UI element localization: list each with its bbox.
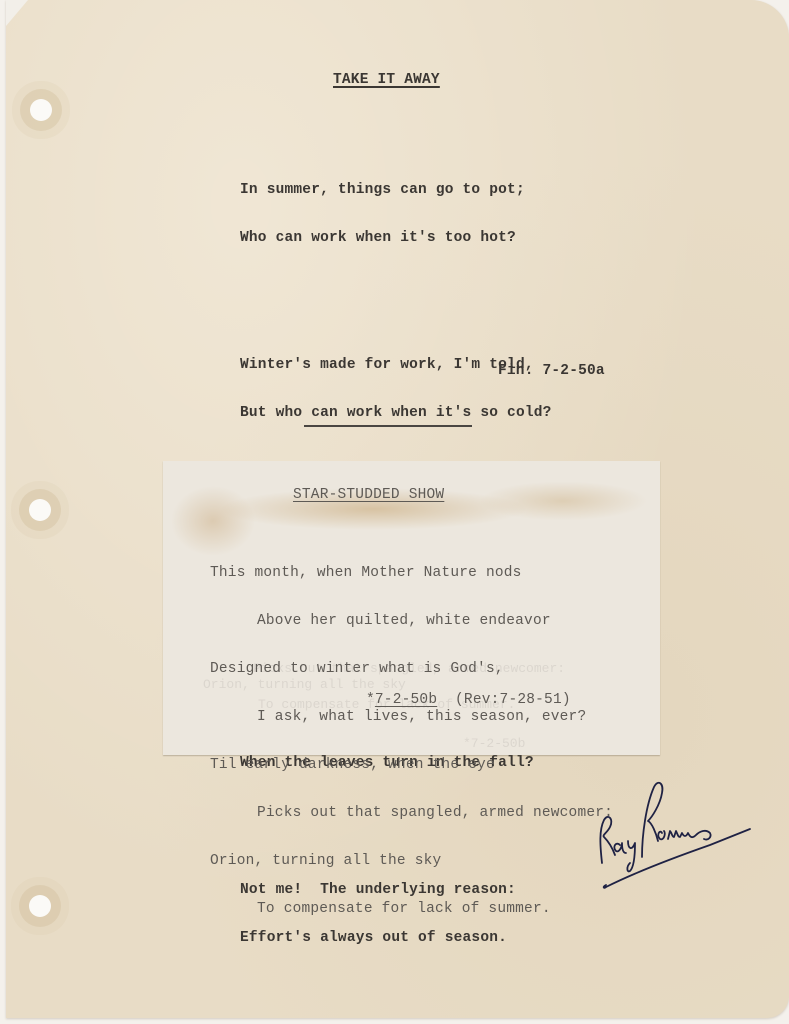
poem-line: This month, when Mother Nature nods xyxy=(210,565,613,581)
poem-line: To compensate for lack of summer. xyxy=(210,901,613,917)
punch-hole-top xyxy=(30,99,52,121)
poem-line: In summer, things can go to pot; xyxy=(240,182,552,198)
signature-icon xyxy=(590,775,760,895)
poem-date-code: Fin. 7-2-50a xyxy=(498,363,605,379)
stanza: In summer, things can go to pot; Who can… xyxy=(240,150,552,278)
folded-corner xyxy=(6,0,28,26)
revision-note: (Rev:7-28-51) xyxy=(455,692,571,708)
poem-line: Who can work when it's too hot? xyxy=(240,230,552,246)
poem-line: Orion, turning all the sky xyxy=(210,853,613,869)
code-value: 7-2-50b xyxy=(375,692,437,708)
poem-title: STAR-STUDDED SHOW xyxy=(293,487,444,503)
poem-body: This month, when Mother Nature nods Abov… xyxy=(210,533,613,949)
poem-line: Designed to winter what is God's, xyxy=(210,661,613,677)
punch-hole-bottom xyxy=(29,895,51,917)
divider-line xyxy=(304,425,472,427)
poem-title: TAKE IT AWAY xyxy=(333,72,440,88)
poem-line: Picks out that spangled, armed newcomer: xyxy=(210,805,613,821)
poem-line: I ask, what lives, this season, ever? xyxy=(210,709,613,725)
punch-hole-middle xyxy=(29,499,51,521)
pasted-slip: Picks out that spangled, armed newcomer:… xyxy=(163,461,660,755)
poem-line: But who can work when it's so cold? xyxy=(240,405,552,421)
poem-line: Above her quilted, white endeavor xyxy=(210,613,613,629)
code-prefix: * xyxy=(366,692,375,708)
stanza: Winter's made for work, I'm told, But wh… xyxy=(240,325,552,453)
poem-line: Til early darkness, when the eye xyxy=(210,757,613,773)
poem-date-code: *7-2-50b (Rev:7-28-51) xyxy=(366,692,571,708)
